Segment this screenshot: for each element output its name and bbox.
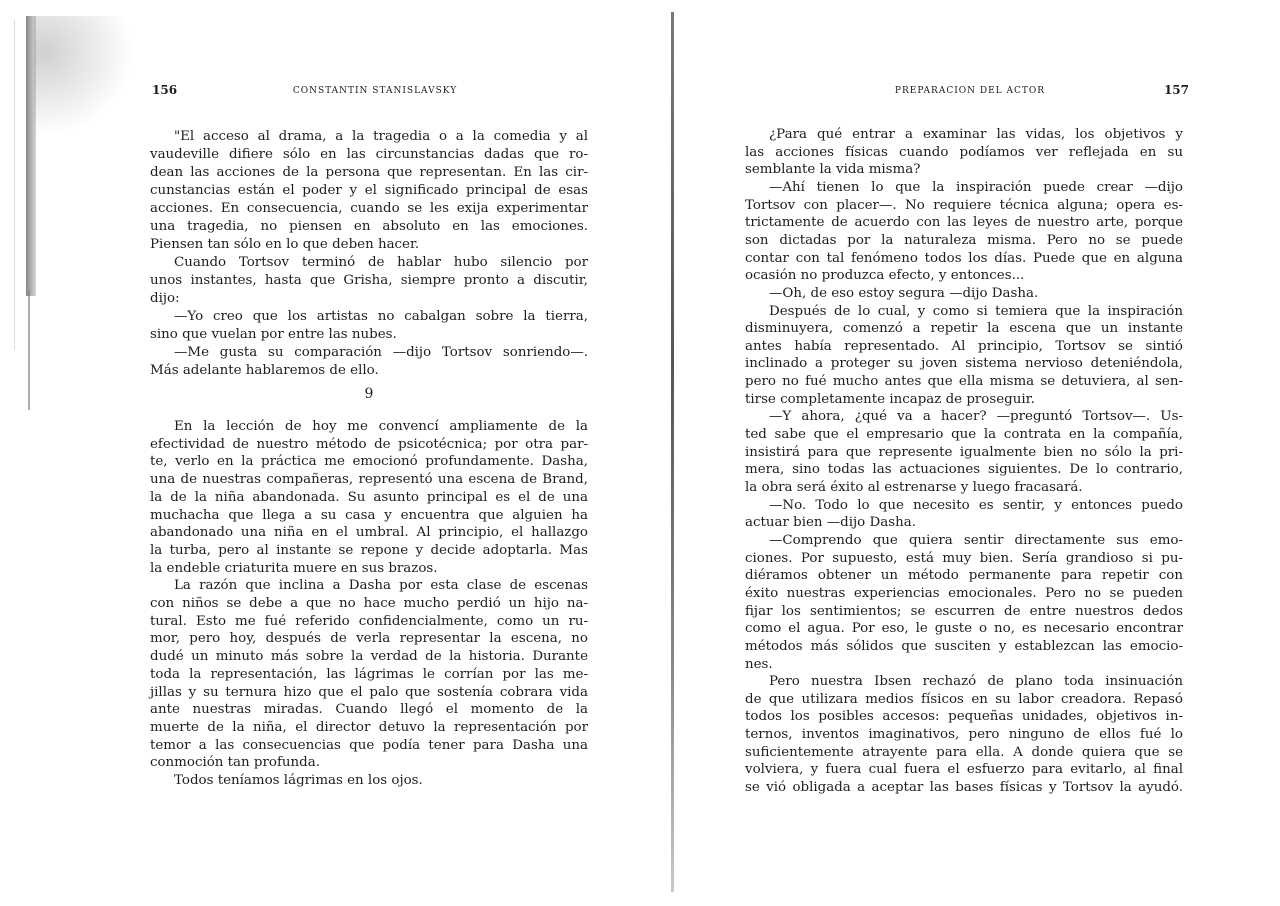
- text-line: ternos, inventos imaginativos, pero ning…: [745, 726, 1183, 743]
- text-line: inclinado a proteger su joven sistema ne…: [745, 355, 1183, 372]
- text-line: unos instantes, hasta que Grisha, siempr…: [150, 272, 588, 289]
- running-head-title: PREPARACION DEL ACTOR: [745, 86, 1195, 96]
- scan-smudge: [34, 16, 134, 136]
- text-line: pero no fué mucho antes que ella misma s…: [745, 373, 1183, 390]
- section-number: 9: [150, 386, 588, 402]
- text-line: ted sabe que el empresario que la contra…: [745, 426, 1183, 443]
- text-line: —Ahí tienen lo que la inspiración puede …: [745, 179, 1183, 196]
- text-line: actuar bien —dijo Dasha.: [745, 514, 1183, 531]
- text-line: disminuyera, comenzó a repetir la escena…: [745, 320, 1183, 337]
- text-line: como el agua. Por eso, le guste o no, es…: [745, 620, 1183, 637]
- text-line: una tragedia, no piensen en absoluto en …: [150, 218, 588, 235]
- text-line: nes.: [745, 656, 1183, 673]
- text-line: Después de lo cual, y como si temiera qu…: [745, 303, 1183, 320]
- text-line: cunstancias están el poder y el signific…: [150, 182, 588, 199]
- text-line: mera, sino todas las actuaciones siguien…: [745, 461, 1183, 478]
- text-line: contar con tal fenómeno todos los días. …: [745, 250, 1183, 267]
- text-line: temor a las consecuencias que podía tene…: [150, 737, 588, 754]
- text-line: fijar los sentimientos; se escurren de e…: [745, 603, 1183, 620]
- text-line: muchacha que llega a su casa y encuentra…: [150, 507, 588, 524]
- text-line: antes había representado. Al principio, …: [745, 338, 1183, 355]
- text-line: Más adelante hablaremos de ello.: [150, 362, 588, 379]
- text-line: tirse completamente incapaz de proseguir…: [745, 391, 1183, 408]
- text-line: toda la representación, las lágrimas le …: [150, 666, 588, 683]
- running-head: PREPARACION DEL ACTOR 157: [745, 86, 1195, 100]
- text-line: la endeble criaturita muere en sus brazo…: [150, 560, 588, 577]
- left-page: 156 CONSTANTIN STANISLAVSKY "El acceso a…: [150, 0, 600, 906]
- text-line: —Yo creo que los artistas no cabalgan so…: [150, 308, 588, 325]
- text-line: tural. Esto me fué referido confidencial…: [150, 613, 588, 630]
- text-line: insistirá para que represente igualmente…: [745, 444, 1183, 461]
- text-line: te, verlo en la práctica me emocionó pro…: [150, 453, 588, 470]
- text-line: efectividad de nuestro método de psicoté…: [150, 436, 588, 453]
- text-line: —Y ahora, ¿qué va a hacer? —preguntó Tor…: [745, 408, 1183, 425]
- right-page: PREPARACION DEL ACTOR 157 ¿Para qué entr…: [745, 0, 1195, 906]
- text-line: dijo:: [150, 290, 588, 307]
- text-line: suficientemente atrayente para ella. A d…: [745, 744, 1183, 761]
- text-line: con niños se debe a que no hace mucho pe…: [150, 595, 588, 612]
- text-line: Pero nuestra Ibsen rechazó de plano toda…: [745, 673, 1183, 690]
- text-line: la obra será éxito al estrenarse y luego…: [745, 479, 1183, 496]
- left-binding-edge: [28, 290, 30, 410]
- text-line: ¿Para qué entrar a examinar las vidas, l…: [745, 126, 1183, 143]
- text-line: abandonado una niña en el umbral. Al pri…: [150, 524, 588, 541]
- text-line: vaudeville difiere sólo en las circunsta…: [150, 146, 588, 163]
- text-line: —No. Todo lo que necesito es sentir, y e…: [745, 497, 1183, 514]
- text-line: acciones. En consecuencia, cuando se les…: [150, 200, 588, 217]
- text-line: de que utilizara medios físicos en su la…: [745, 691, 1183, 708]
- text-line: muerte de la niña, el director detuvo la…: [150, 719, 588, 736]
- text-line: ocasión no produzca efecto, y entonces..…: [745, 267, 1183, 284]
- page-edge-shadow: [14, 20, 15, 350]
- text-line: una de nuestras compañeras, representó u…: [150, 471, 588, 488]
- running-head-title: CONSTANTIN STANISLAVSKY: [150, 86, 600, 96]
- text-line: ciones. Por supuesto, está muy bien. Ser…: [745, 550, 1183, 567]
- text-line: En la lección de hoy me convencí ampliam…: [150, 418, 588, 435]
- text-line: Piensen tan sólo en lo que deben hacer.: [150, 236, 588, 253]
- text-line: mor, pero hoy, después de verla represen…: [150, 630, 588, 647]
- text-line: diéramos obtener un método permanente pa…: [745, 567, 1183, 584]
- text-line: las acciones físicas cuando podíamos ver…: [745, 144, 1183, 161]
- text-line: se vió obligada a aceptar las bases físi…: [745, 779, 1183, 796]
- text-line: "El acceso al drama, a la tragedia o a l…: [150, 128, 588, 145]
- book-gutter: [671, 12, 674, 892]
- text-line: jillas y su ternura hizo que el palo que…: [150, 684, 588, 701]
- text-line: sino que vuelan por entre las nubes.: [150, 326, 588, 343]
- running-head: 156 CONSTANTIN STANISLAVSKY: [150, 86, 600, 100]
- text-line: la turba, pero al instante se repone y d…: [150, 542, 588, 559]
- page-number: 157: [1164, 83, 1189, 97]
- text-line: —Comprendo que quiera sentir directament…: [745, 532, 1183, 549]
- text-line: métodos más sólidos que susciten y estab…: [745, 638, 1183, 655]
- text-line: dudé un minuto más sobre la verdad de la…: [150, 648, 588, 665]
- text-line: —Me gusta su comparación —dijo Tortsov s…: [150, 344, 588, 361]
- text-line: conmoción tan profunda.: [150, 754, 588, 771]
- text-line: volviera, y fuera cual fuera el esfuerzo…: [745, 761, 1183, 778]
- text-line: dean las acciones de la persona que repr…: [150, 164, 588, 181]
- text-line: Tortsov con placer—. No requiere técnica…: [745, 197, 1183, 214]
- text-line: son dictadas por la naturaleza misma. Pe…: [745, 232, 1183, 249]
- text-line: —Oh, de eso estoy segura —dijo Dasha.: [745, 285, 1183, 302]
- text-line: todos los posibles accesos: pequeñas uni…: [745, 708, 1183, 725]
- text-line: La razón que inclina a Dasha por esta cl…: [150, 577, 588, 594]
- text-line: semblante la vida misma?: [745, 161, 1183, 178]
- text-line: ante nuestras miradas. Cuando llegó el m…: [150, 701, 588, 718]
- text-line: Todos teníamos lágrimas en los ojos.: [150, 772, 588, 789]
- text-line: Cuando Tortsov terminó de hablar hubo si…: [150, 254, 588, 271]
- text-line: la de la niña abandonada. Su asunto prin…: [150, 489, 588, 506]
- text-line: trictamente de acuerdo con las leyes de …: [745, 214, 1183, 231]
- text-line: éxito nuestras experiencias emocionales.…: [745, 585, 1183, 602]
